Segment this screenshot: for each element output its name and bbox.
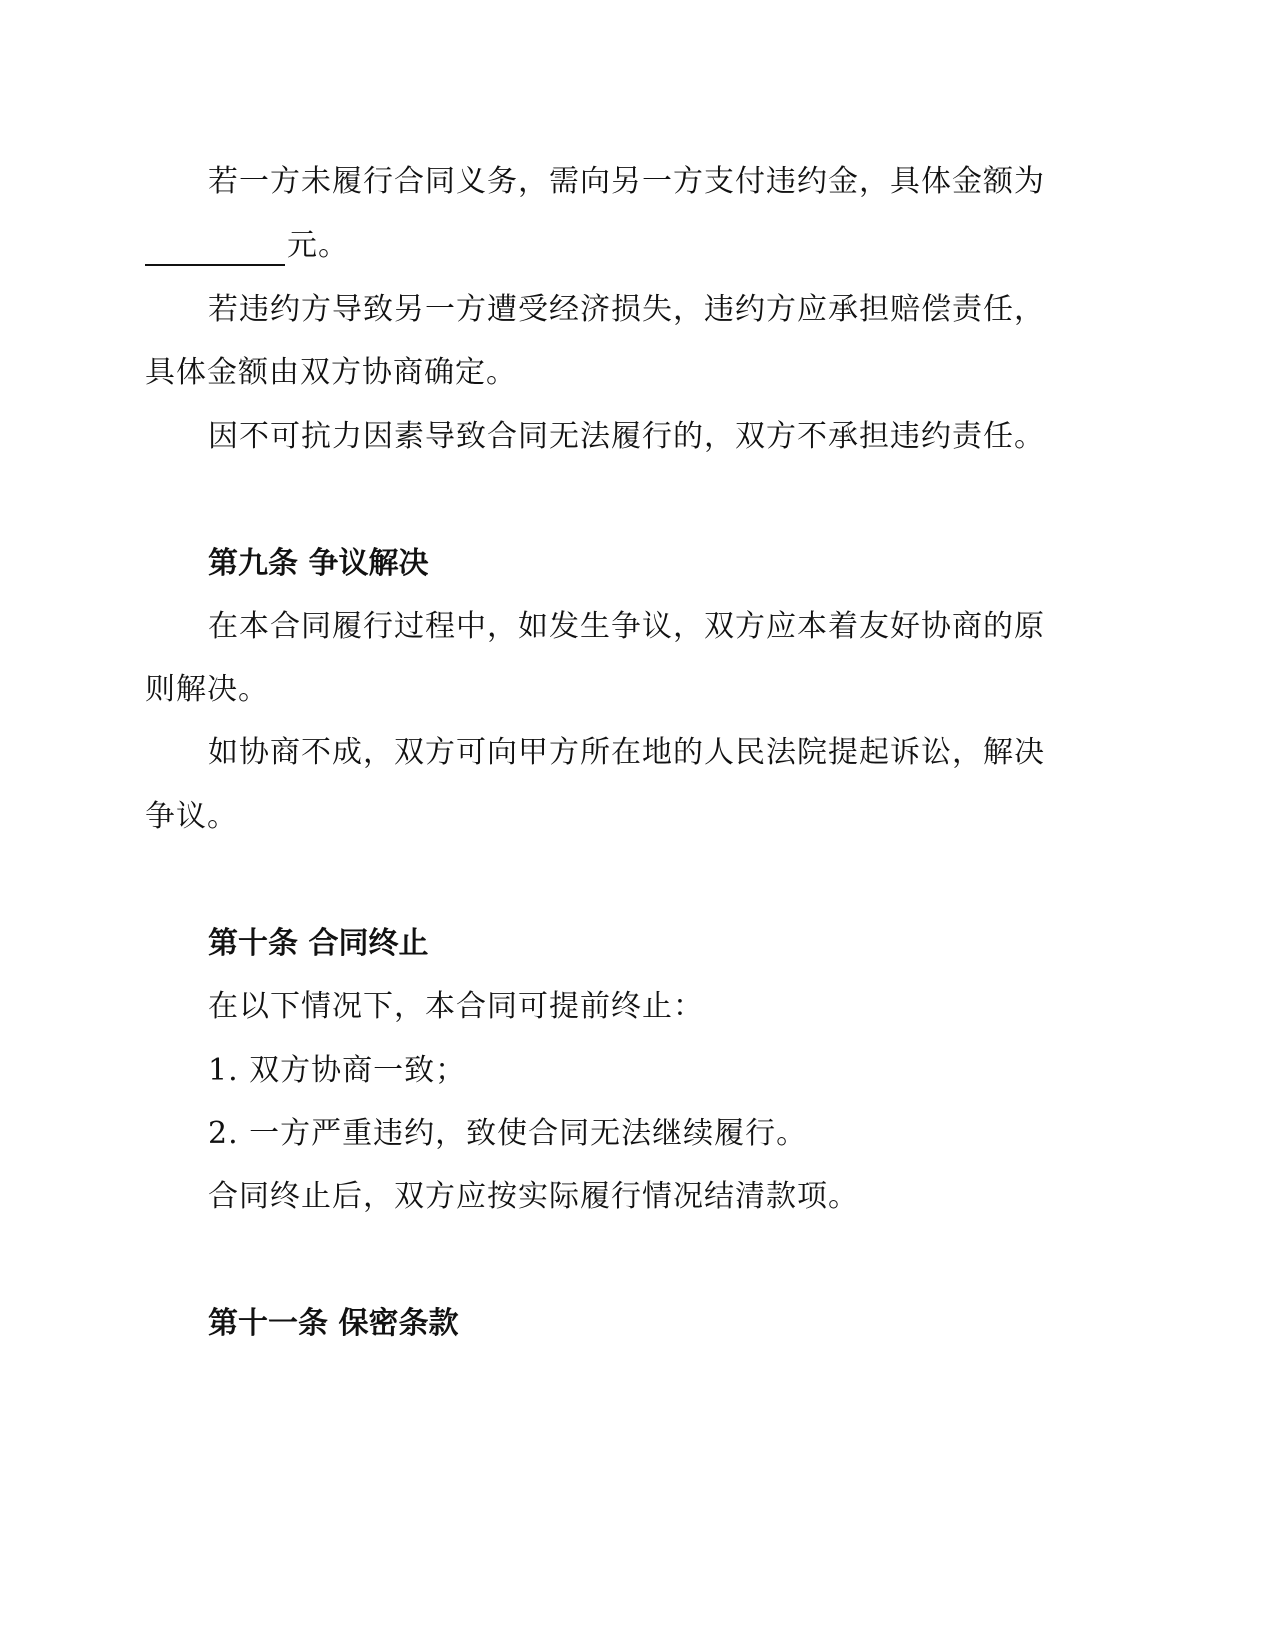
amount-blank-field xyxy=(145,234,285,266)
currency-suffix: 元。 xyxy=(287,228,349,263)
article-9-paragraph-1-line-2: 则解决。 xyxy=(145,670,1065,710)
article-11-heading: 第十一条 保密条款 xyxy=(208,1304,1128,1344)
article-9-paragraph-2-line-1: 如协商不成，双方可向甲方所在地的人民法院提起诉讼，解决 xyxy=(208,733,1128,773)
damages-paragraph-line-1: 若违约方导致另一方遭受经济损失，违约方应承担赔偿责任， xyxy=(208,290,1128,330)
penalty-paragraph-line-1: 若一方未履行合同义务，需向另一方支付违约金，具体金额为 xyxy=(208,162,1128,202)
article-10-item-2: 2. 一方严重违约，致使合同无法继续履行。 xyxy=(208,1114,1128,1154)
article-9-paragraph-2-line-2: 争议。 xyxy=(145,797,1065,837)
article-10-intro: 在以下情况下，本合同可提前终止： xyxy=(208,987,1128,1027)
article-10-closing: 合同终止后，双方应按实际履行情况结清款项。 xyxy=(208,1177,1128,1217)
article-9-heading: 第九条 争议解决 xyxy=(208,544,1128,584)
damages-paragraph-line-2: 具体金额由双方协商确定。 xyxy=(145,353,1065,393)
penalty-paragraph-line-2: 元。 xyxy=(145,226,1065,266)
article-9-paragraph-1-line-1: 在本合同履行过程中，如发生争议，双方应本着友好协商的原 xyxy=(208,607,1128,647)
force-majeure-paragraph: 因不可抗力因素导致合同无法履行的，双方不承担违约责任。 xyxy=(208,417,1128,457)
document-page: 若一方未履行合同义务，需向另一方支付违约金，具体金额为 元。 若违约方导致另一方… xyxy=(0,0,1275,1650)
article-10-item-1: 1. 双方协商一致； xyxy=(208,1051,1128,1091)
article-10-heading: 第十条 合同终止 xyxy=(208,924,1128,964)
